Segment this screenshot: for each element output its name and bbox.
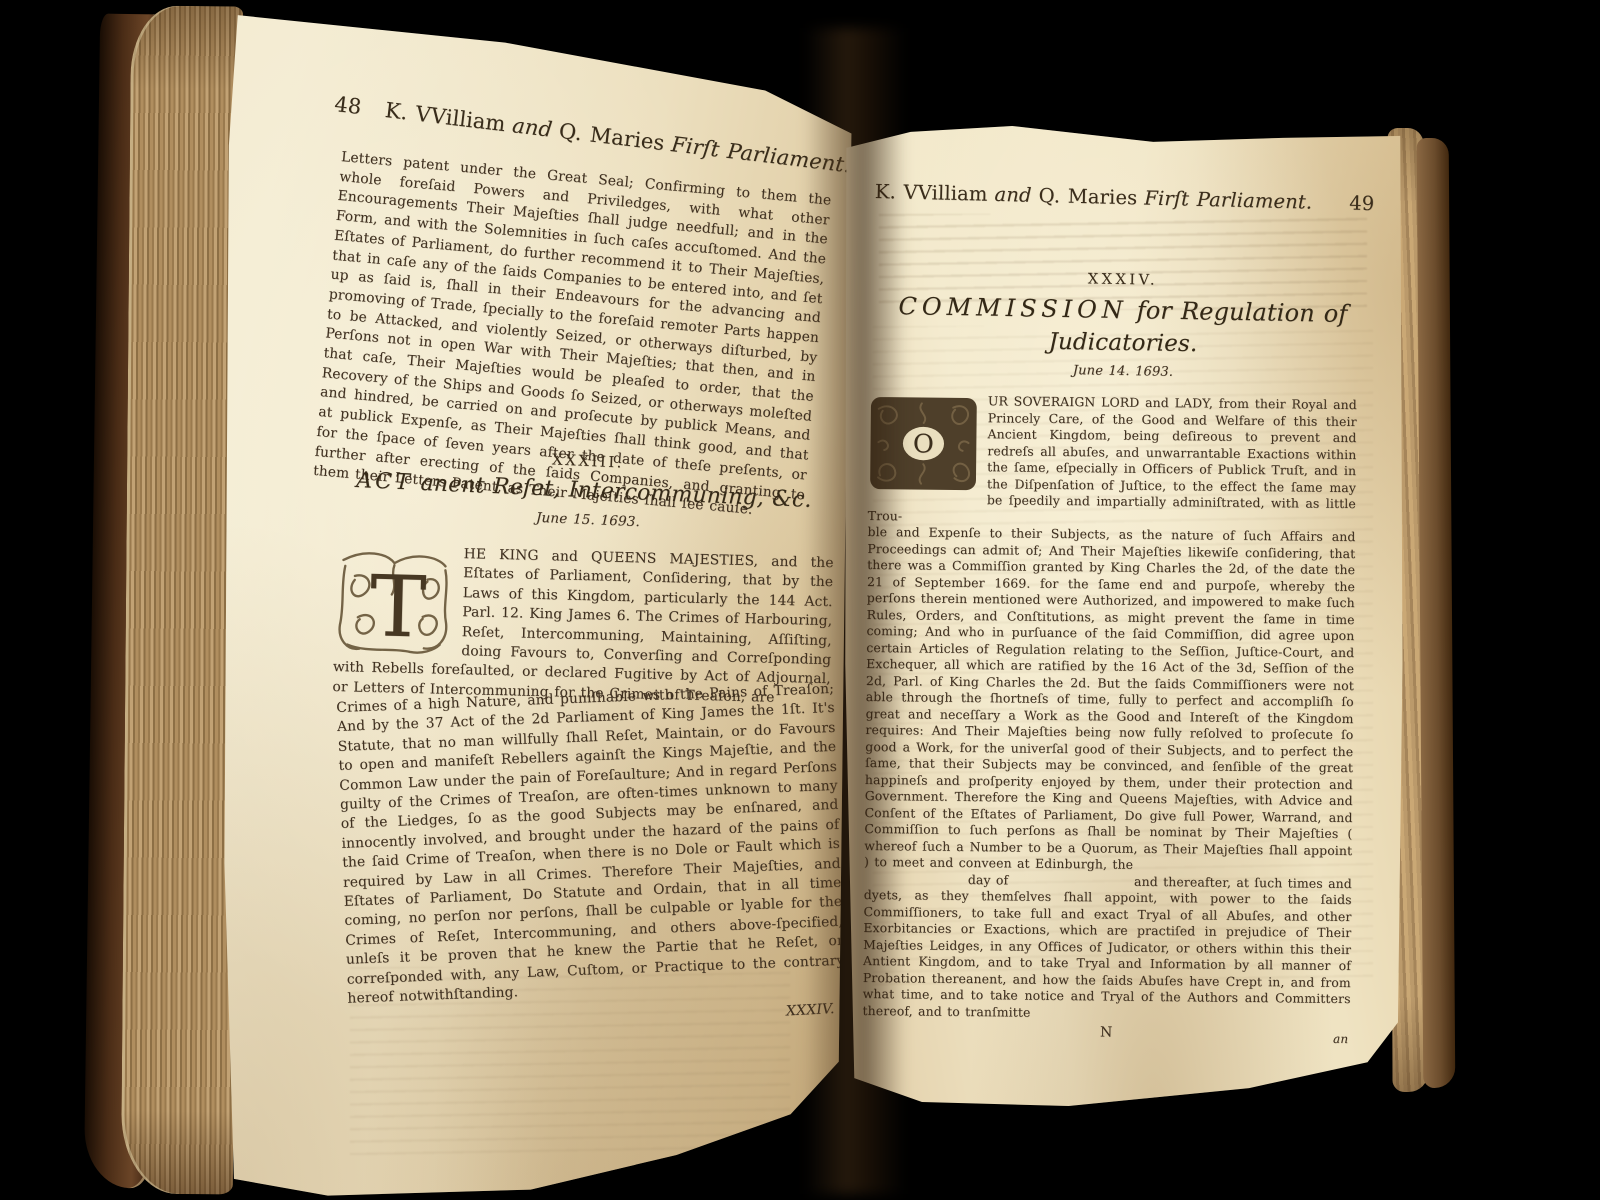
decorated-initial-O-woodcut: O (868, 395, 979, 492)
left-page: 48 K. VVilliamandQ. MariesFirſt Parliame… (220, 2, 854, 1198)
section-number-34: XXXIV. (873, 268, 1373, 293)
signature-mark: N (1100, 1024, 1113, 1040)
right-page: K. VVilliamandQ. MariesFirſt Parliament.… (843, 116, 1407, 1112)
commission-body: O UR SOVERAIGN LORD and LADY, from their… (862, 392, 1357, 1044)
left-page-edges (121, 6, 243, 1195)
commission-date: June 14. 1693. (873, 360, 1373, 383)
act-continuation-paragraph: Crimes of a high Nature, and puniſhable … (336, 680, 846, 1009)
commission-continuation-paragraph: ble and Expenſe to their Subjects, as th… (864, 524, 1356, 876)
commission-title-line1: COMMISSIONfor Regulation of (861, 291, 1385, 328)
decorated-initial-T-woodcut: T (333, 546, 454, 659)
right-cover-board (1417, 138, 1456, 1088)
commission-lead-paragraph: O UR SOVERAIGN LORD and LADY, from their… (868, 392, 1357, 529)
catchword-right: an (1333, 1031, 1348, 1048)
act-body: T HE KING and QUEENS MAJESTIES, and the … (336, 542, 834, 1019)
blank-space (864, 882, 968, 883)
left-page-number: 48 (333, 92, 363, 119)
right-running-head: K. VVilliamandQ. MariesFirſt Parliament.… (876, 180, 1372, 215)
right-page-number: 49 (1349, 192, 1375, 216)
blank-space (1008, 884, 1134, 885)
commission-title-line2: Judicatories. (873, 326, 1373, 360)
right-running-title: K. VVilliamandQ. MariesFirſt Parliament. (875, 180, 1320, 214)
initial-letter-O: O (913, 429, 934, 459)
book-photo: 48 K. VVilliamandQ. MariesFirſt Parliame… (0, 0, 1600, 1200)
commission-conclusion-paragraph: dyets, as they themſelves ſhall appoint,… (862, 887, 1351, 1024)
initial-letter-T: T (369, 557, 428, 656)
signature-line: N an (862, 1022, 1350, 1044)
